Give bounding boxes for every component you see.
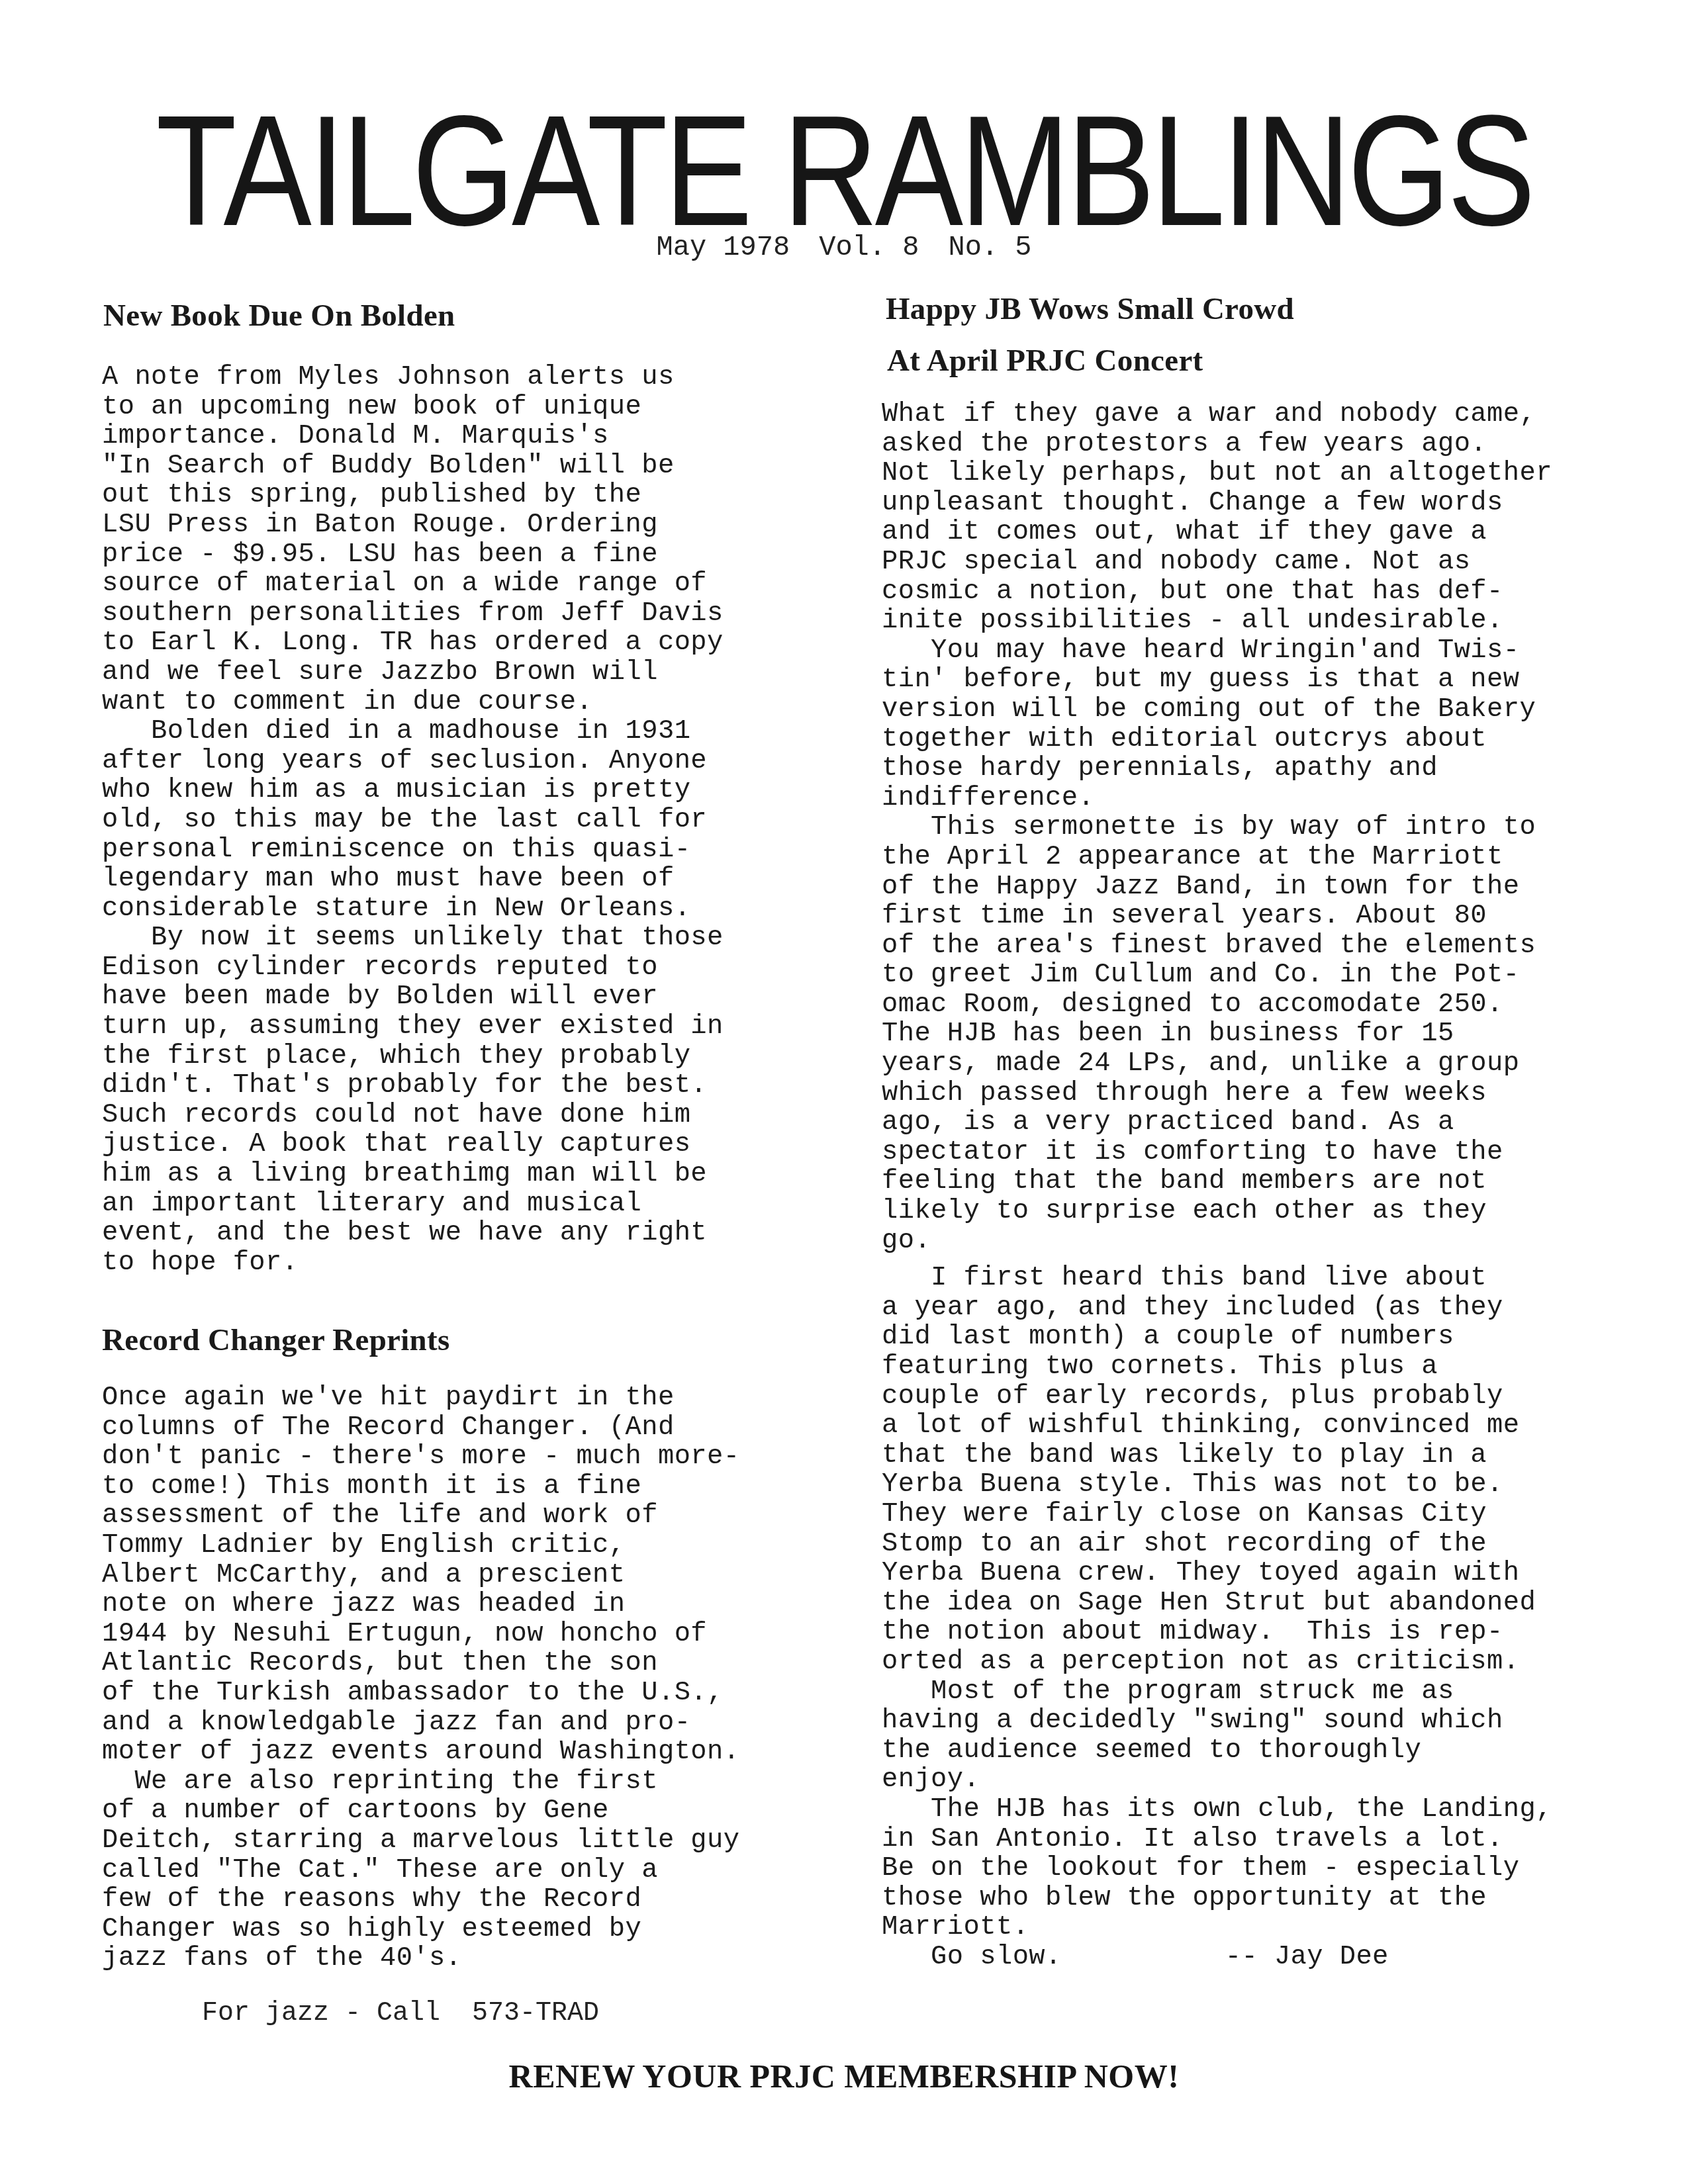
article-paragraph: Bolden died in a madhouse in 1931 after … <box>102 717 830 923</box>
article-paragraph: You may have heard Wringin'and Twis- tin… <box>882 636 1663 813</box>
article-body-bolden: A note from Myles Johnson alerts us to a… <box>102 363 830 1277</box>
article-paragraph: I first heard this band live about a yea… <box>882 1263 1663 1676</box>
issue-number: No. 5 <box>948 232 1031 263</box>
jazz-hotline: For jazz - Call 573-TRAD <box>202 1999 599 2028</box>
article-paragraph: A note from Myles Johnson alerts us to a… <box>102 363 830 717</box>
article-paragraph: Most of the program struck me as having … <box>882 1677 1663 1795</box>
article-headline-bolden: New Book Due On Bolden <box>103 298 455 334</box>
article-body-record-changer: Once again we've hit paydirt in the colu… <box>102 1383 830 1974</box>
article-body-happy-jb: What if they gave a war and nobody came,… <box>882 400 1663 1972</box>
newsletter-masthead: TAILGATE RAMBLINGS <box>135 93 1553 250</box>
article-headline-happy-jb-line1: Happy JB Wows Small Crowd <box>886 291 1294 327</box>
membership-renewal-banner: RENEW YOUR PRJC MEMBERSHIP NOW! <box>0 2057 1688 2095</box>
issue-volume: Vol. 8 <box>819 232 919 263</box>
article-headline-record-changer: Record Changer Reprints <box>102 1322 450 1358</box>
article-signoff: Go slow. -- Jay Dee <box>882 1942 1663 1972</box>
article-paragraph: By now it seems unlikely that those Edis… <box>102 923 830 1277</box>
article-paragraph: Once again we've hit paydirt in the colu… <box>102 1383 830 1767</box>
article-paragraph: What if they gave a war and nobody came,… <box>882 400 1663 636</box>
article-headline-happy-jb-line2: At April PRJC Concert <box>887 343 1203 379</box>
issue-info: May 1978Vol. 8No. 5 <box>0 232 1688 263</box>
issue-date: May 1978 <box>657 232 790 263</box>
article-paragraph: This sermonette is by way of intro to th… <box>882 813 1663 1255</box>
article-paragraph: The HJB has its own club, the Landing, i… <box>882 1795 1663 1942</box>
article-paragraph: We are also reprinting the first of a nu… <box>102 1767 830 1974</box>
